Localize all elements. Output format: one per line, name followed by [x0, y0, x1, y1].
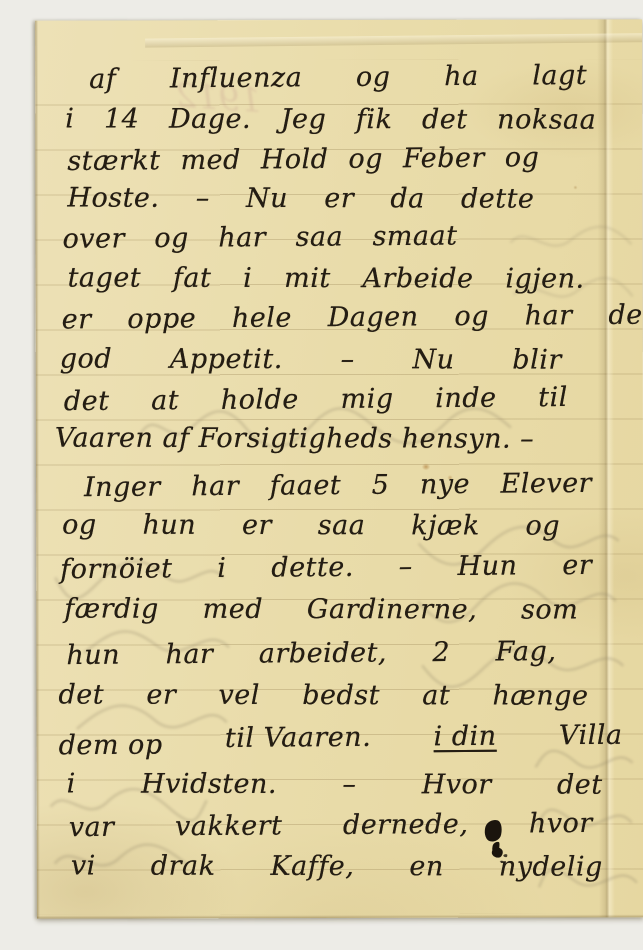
handwritten-line-9: det at holde mig inde til: [64, 383, 568, 417]
handwritten-line-13: fornöiet i dette. – Hun er: [60, 551, 592, 585]
line-17-part-d: Villa: [559, 721, 623, 752]
handwritten-line-19: var vakkert dernede, hvor: [69, 809, 593, 843]
handwritten-line-17: dem op til Vaaren. i din Villa: [58, 721, 622, 756]
handwritten-line-12: og hun er saa kjæk og: [62, 510, 560, 541]
handwritten-line-1: af Influenza og ha lagt: [89, 61, 587, 95]
handwritten-line-20: vi drak Kaffe, en nydelig: [71, 851, 603, 882]
handwritten-line-16: det er vel bedst at hænge: [58, 680, 588, 711]
handwritten-line-18: i Hvidsten. – Hvor det: [67, 769, 603, 800]
handwritten-line-14: færdig med Gardinerne, som: [64, 594, 578, 625]
handwritten-line-5: over og har saa smaat: [62, 222, 457, 255]
letter-text: af Influenza og ha lagt i 14 Dage. Jeg f…: [35, 19, 643, 918]
handwritten-line-15: hun har arbeidet, 2 Fag,: [66, 637, 556, 671]
line-17-part-c: i din: [433, 722, 496, 753]
handwritten-line-10: Vaaren af Forsigtigheds hensyn. –: [55, 424, 503, 455]
handwritten-line-6: taget fat i mit Arbeide igjen.: [68, 263, 585, 294]
handwritten-line-2: i 14 Dage. Jeg fik det noksaa: [65, 104, 596, 135]
line-17-part-b: til Vaaren.: [225, 723, 372, 754]
letter-page: 1912 af Influenza og ha lagt i 14 Dage. …: [35, 19, 643, 918]
handwritten-line-7: er oppe hele Dagen og har de: [62, 301, 643, 336]
handwritten-line-3: stærkt med Hold og Feber og: [67, 143, 539, 177]
handwritten-line-8: god Appetit. – Nu blir: [60, 344, 562, 375]
handwritten-line-4: Hoste. – Nu er da dette: [67, 184, 534, 215]
line-17-part-a: dem op: [58, 730, 162, 761]
scanned-letter: 1912 af Influenza og ha lagt i 14 Dage. …: [0, 0, 643, 950]
handwritten-line-11: Inger har faaet 5 nye Elever: [84, 469, 592, 503]
